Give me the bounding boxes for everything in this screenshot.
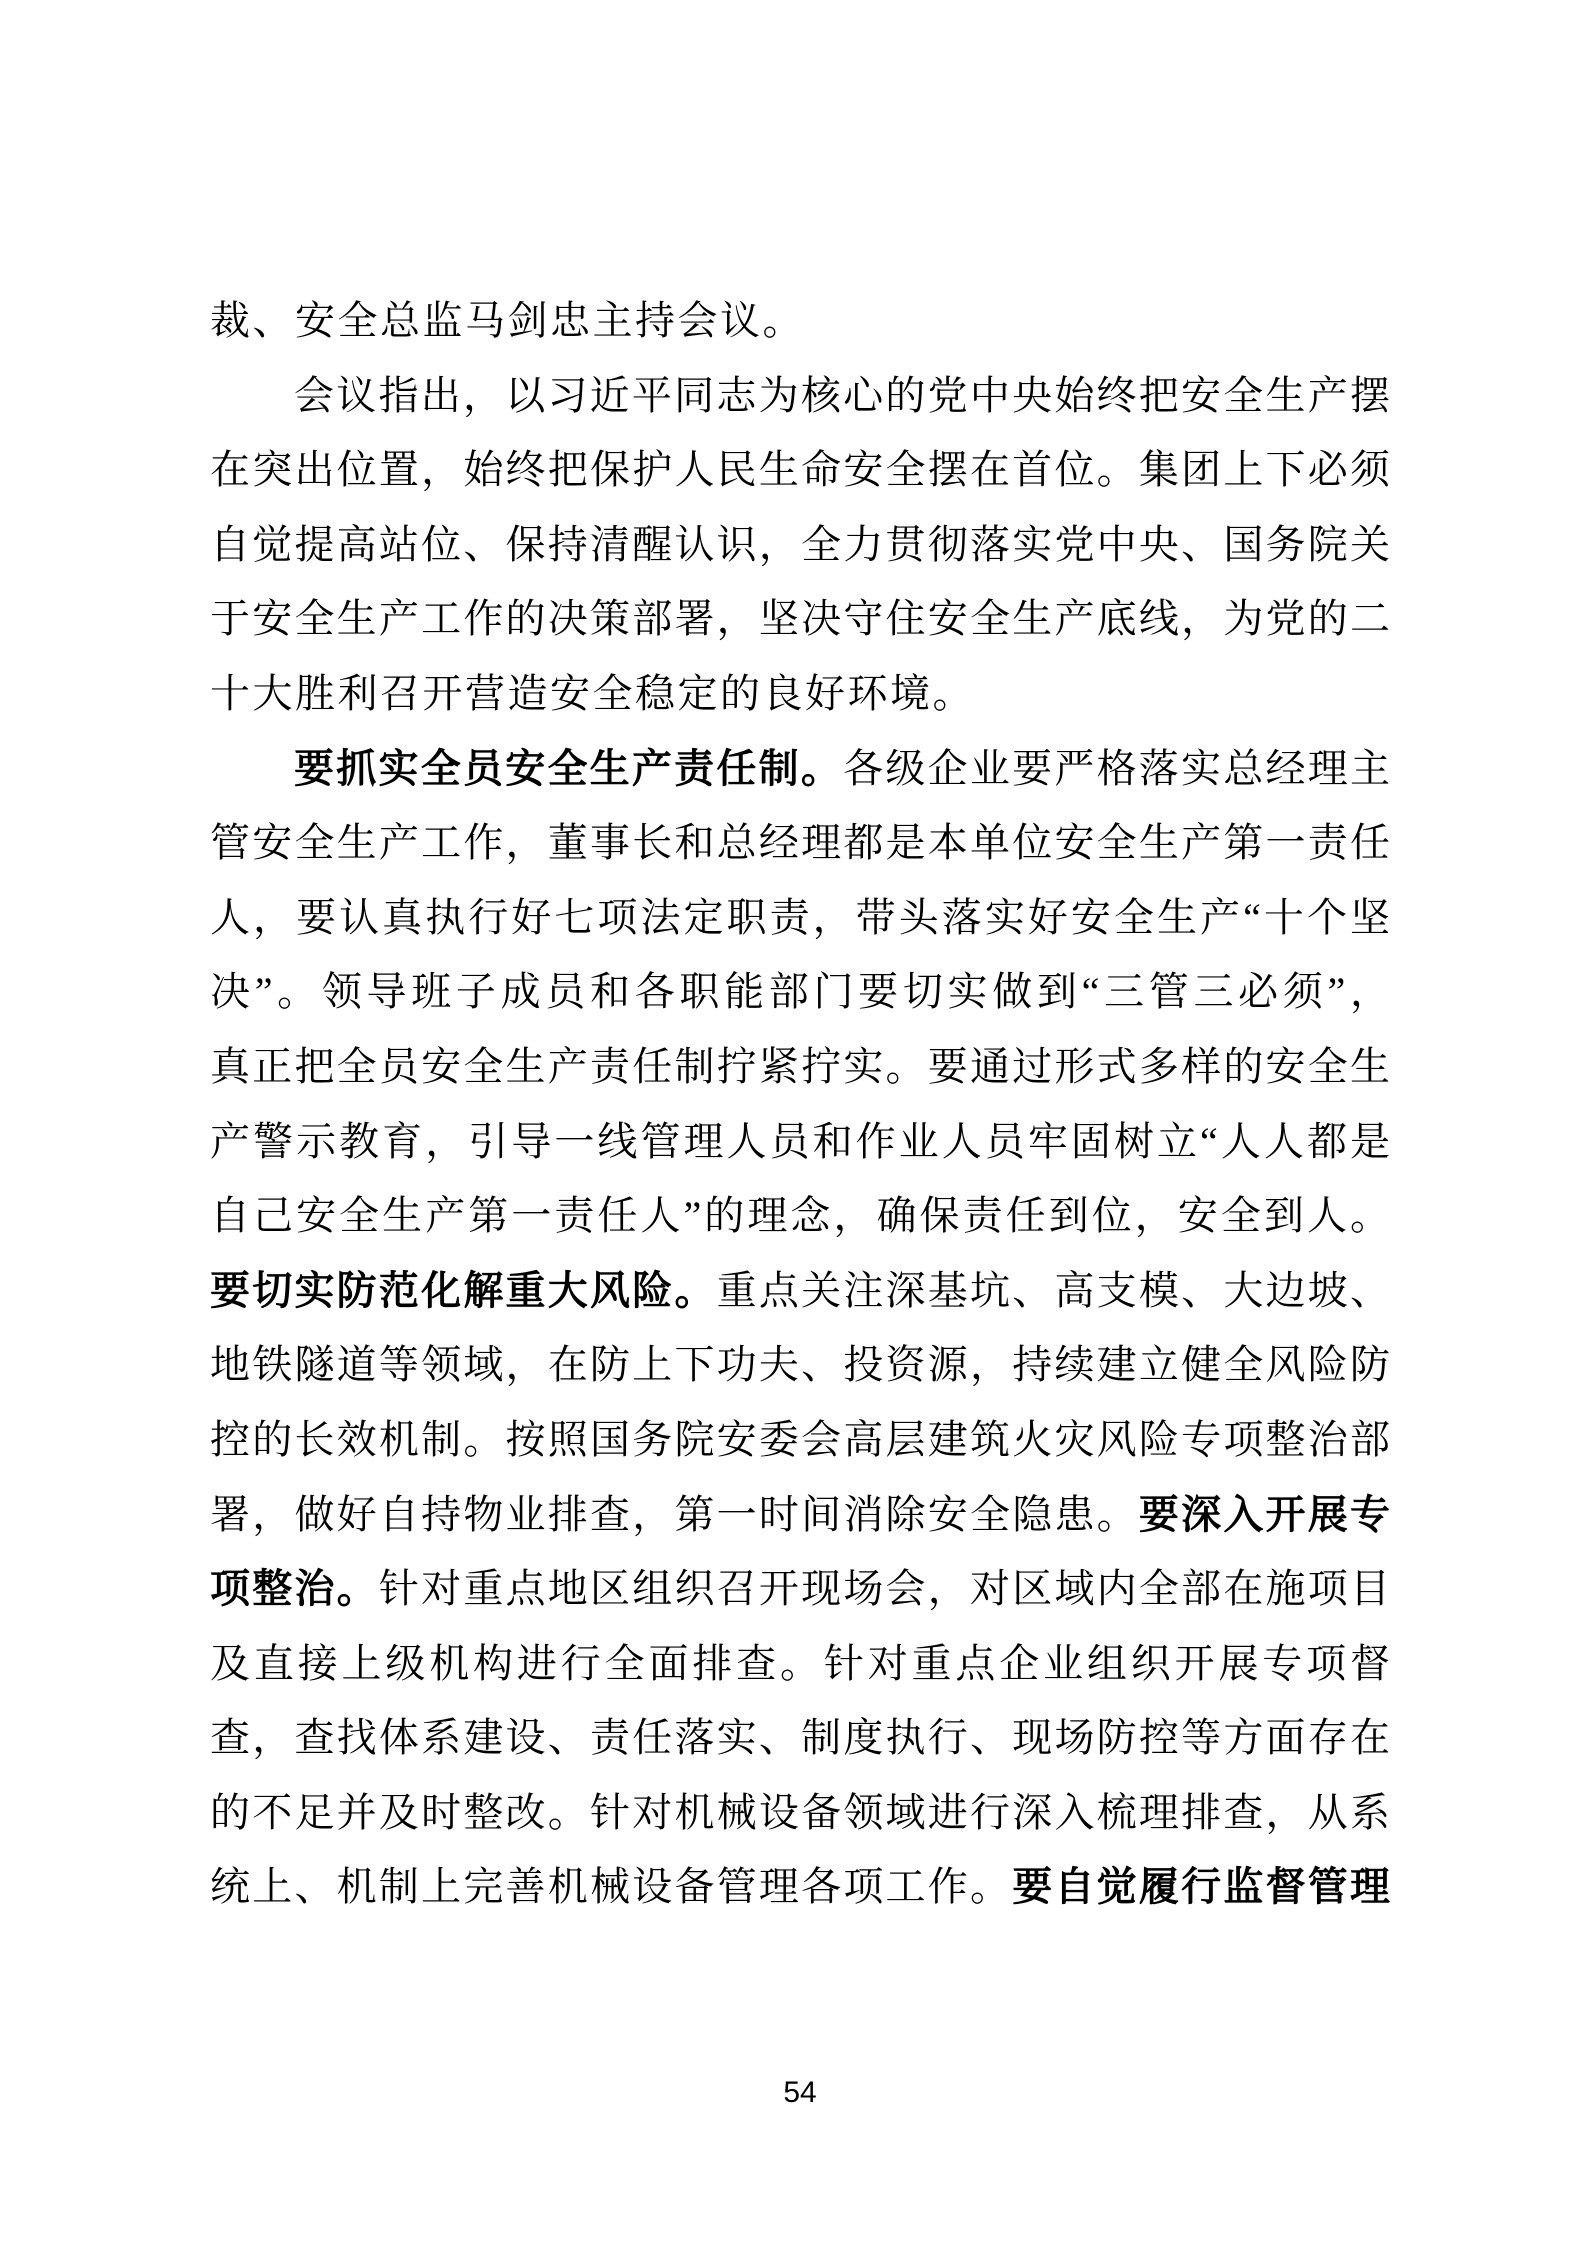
text-line: 查，查找体系建设、责任落实、制度执行、现场防控等方面存在 [210,1701,1390,1776]
text-line: 决”。领导班子成员和各职能部门要切实做到“三管三必须”， [210,955,1390,1030]
text-segment: 决”。领导班子成员和各职能部门要切实做到“三管三必须”， [210,969,1390,1014]
text-segment: 人，要认真执行好七项法定职责，带头落实好安全生产“十个坚 [210,895,1390,940]
text-segment: 署，做好自持物业排查，第一时间消除安全隐患。 [210,1492,1139,1537]
text-segment: 的不足并及时整改。针对机械设备领域进行深入梳理排查，从系 [210,1790,1390,1835]
text-line: 统上、机制上完善机械设备管理各项工作。要自觉履行监督管理 [210,1850,1390,1925]
text-line: 管安全生产工作，董事长和总经理都是本单位安全生产第一责任 [210,806,1390,881]
bold-text-segment: 要抓实全员安全生产责任制。 [294,746,843,791]
text-line: 裁、安全总监马剑忠主持会议。 [210,284,1390,359]
text-segment: 自觉提高站位、保持清醒认识，全力贯彻落实党中央、国务院关 [210,522,1390,567]
text-line: 要切实防范化解重大风险。重点关注深基坑、高支模、大边坡、 [210,1254,1390,1329]
text-line: 产警示教育，引导一线管理人员和作业人员牢固树立“人人都是 [210,1105,1390,1180]
text-segment: 各级企业要严格落实总经理主 [843,746,1390,791]
text-line: 十大胜利召开营造安全稳定的良好环境。 [210,657,1390,732]
text-line: 自觉提高站位、保持清醒认识，全力贯彻落实党中央、国务院关 [210,508,1390,583]
text-line: 控的长效机制。按照国务院安委会高层建筑火灾风险专项整治部 [210,1403,1390,1478]
text-line: 人，要认真执行好七项法定职责，带头落实好安全生产“十个坚 [210,881,1390,956]
bold-text-segment: 要自觉履行监督管理 [1012,1864,1390,1909]
document-page: 裁、安全总监马剑忠主持会议。会议指出，以习近平同志为核心的党中央始终把安全生产摆… [0,0,1587,2245]
text-segment: 查，查找体系建设、责任落实、制度执行、现场防控等方面存在 [210,1715,1390,1760]
text-segment: 十大胜利召开营造安全稳定的良好环境。 [210,671,975,716]
text-segment: 会议指出，以习近平同志为核心的党中央始终把安全生产摆 [294,373,1390,418]
document-body: 裁、安全总监马剑忠主持会议。会议指出，以习近平同志为核心的党中央始终把安全生产摆… [210,284,1390,1925]
text-line: 于安全生产工作的决策部署，坚决守住安全生产底线，为党的二 [210,582,1390,657]
text-segment: 于安全生产工作的决策部署，坚决守住安全生产底线，为党的二 [210,596,1390,641]
bold-text-segment: 要深入开展专 [1139,1492,1390,1537]
text-segment: 统上、机制上完善机械设备管理各项工作。 [210,1864,1012,1909]
text-line: 会议指出，以习近平同志为核心的党中央始终把安全生产摆 [210,359,1390,434]
text-line: 署，做好自持物业排查，第一时间消除安全隐患。要深入开展专 [210,1478,1390,1553]
text-line: 地铁隧道等领域，在防上下功夫、投资源，持续建立健全风险防 [210,1328,1390,1403]
text-segment: 管安全生产工作，董事长和总经理都是本单位安全生产第一责任 [210,820,1390,865]
text-segment: 及直接上级机构进行全面排查。针对重点企业组织开展专项督 [210,1641,1390,1686]
text-segment: 针对重点地区组织召开现场会，对区域内全部在施项目 [379,1566,1390,1611]
page-number: 54 [210,2076,1390,2110]
text-segment: 控的长效机制。按照国务院安委会高层建筑火灾风险专项整治部 [210,1417,1390,1462]
text-segment: 重点关注深基坑、高支模、大边坡、 [717,1268,1390,1313]
text-line: 的不足并及时整改。针对机械设备领域进行深入梳理排查，从系 [210,1776,1390,1851]
text-line: 项整治。针对重点地区组织召开现场会，对区域内全部在施项目 [210,1552,1390,1627]
text-segment: 产警示教育，引导一线管理人员和作业人员牢固树立“人人都是 [210,1119,1390,1164]
text-segment: 在突出位置，始终把保护人民生命安全摆在首位。集团上下必须 [210,447,1390,492]
text-line: 真正把全员安全生产责任制拧紧拧实。要通过形式多样的安全生 [210,1030,1390,1105]
text-line: 及直接上级机构进行全面排查。针对重点企业组织开展专项督 [210,1627,1390,1702]
text-line: 要抓实全员安全生产责任制。各级企业要严格落实总经理主 [210,732,1390,807]
text-segment: 裁、安全总监马剑忠主持会议。 [210,298,805,343]
bold-text-segment: 项整治。 [210,1566,379,1611]
bold-text-segment: 要切实防范化解重大风险。 [210,1268,717,1313]
text-segment: 地铁隧道等领域，在防上下功夫、投资源，持续建立健全风险防 [210,1342,1390,1387]
text-line: 自己安全生产第一责任人”的理念，确保责任到位，安全到人。 [210,1179,1390,1254]
text-segment: 真正把全员安全生产责任制拧紧拧实。要通过形式多样的安全生 [210,1044,1390,1089]
text-line: 在突出位置，始终把保护人民生命安全摆在首位。集团上下必须 [210,433,1390,508]
text-segment: 自己安全生产第一责任人”的理念，确保责任到位，安全到人。 [210,1193,1390,1238]
